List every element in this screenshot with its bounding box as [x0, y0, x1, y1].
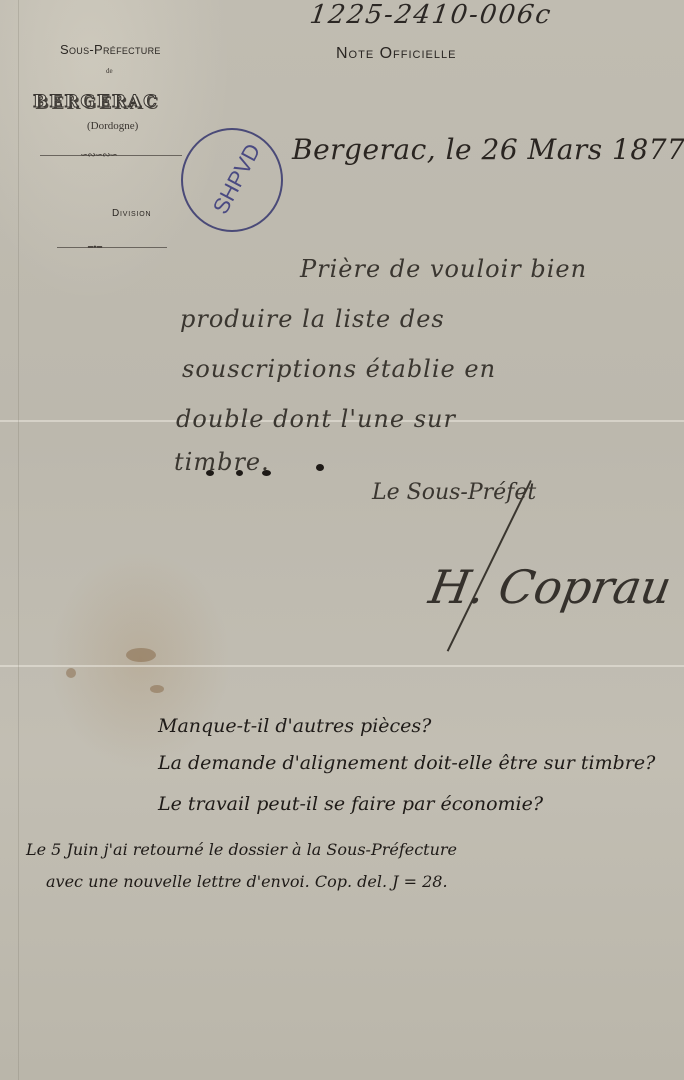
ornament-flourish-icon: ∽∾∽∾∽ [80, 150, 117, 161]
stain [126, 648, 156, 662]
letter-body-line: souscriptions établie en [182, 355, 496, 383]
letterhead-division: Division [112, 208, 151, 219]
letter-body-line: timbre. [174, 448, 270, 476]
annotation-note: Le 5 Juin j'ai retourné le dossier à la … [26, 840, 457, 859]
stamp-text: SHPVD [207, 138, 268, 221]
stain [66, 668, 76, 678]
ink-blot [316, 464, 324, 471]
letter-body-line: Prière de vouloir bien [300, 255, 587, 283]
letterhead-city: BERGERAC [33, 92, 159, 112]
letter-date: Bergerac, le 26 Mars 1877 [292, 133, 684, 166]
letterhead-department: (Dordogne) [87, 120, 138, 132]
signature: H. Coprau [425, 560, 675, 614]
archive-stamp: SHPVD [181, 128, 283, 232]
annotation-question: Le travail peut-il se faire par économie… [158, 793, 543, 815]
ornament-divider [57, 247, 167, 248]
ink-blot [262, 470, 271, 476]
annotation-question: La demande d'alignement doit-elle être s… [158, 752, 655, 774]
paper-edge [18, 0, 19, 1080]
document-page: 1225-2410-006c Sous-Préfecture de BERGER… [0, 0, 684, 1080]
ornament-flourish-icon: ━•━ [88, 242, 102, 253]
annotation-note: avec une nouvelle lettre d'envoi. Cop. d… [46, 872, 448, 891]
letter-body-line: double dont l'une sur [176, 405, 456, 433]
stain [150, 685, 164, 693]
document-title: Note Officielle [336, 45, 456, 63]
ink-blot [206, 470, 214, 476]
letter-body-line: produire la liste des [180, 305, 445, 333]
paper-fold [0, 665, 684, 667]
letterhead-sous-prefecture: Sous-Préfecture [60, 42, 161, 57]
letterhead-de: de [106, 67, 113, 75]
archive-number: 1225-2410-006c [308, 0, 554, 30]
annotation-question: Manque-t-il d'autres pièces? [158, 715, 431, 737]
ink-blot [236, 470, 243, 476]
letter-closing: Le Sous-Préfet [372, 480, 536, 505]
